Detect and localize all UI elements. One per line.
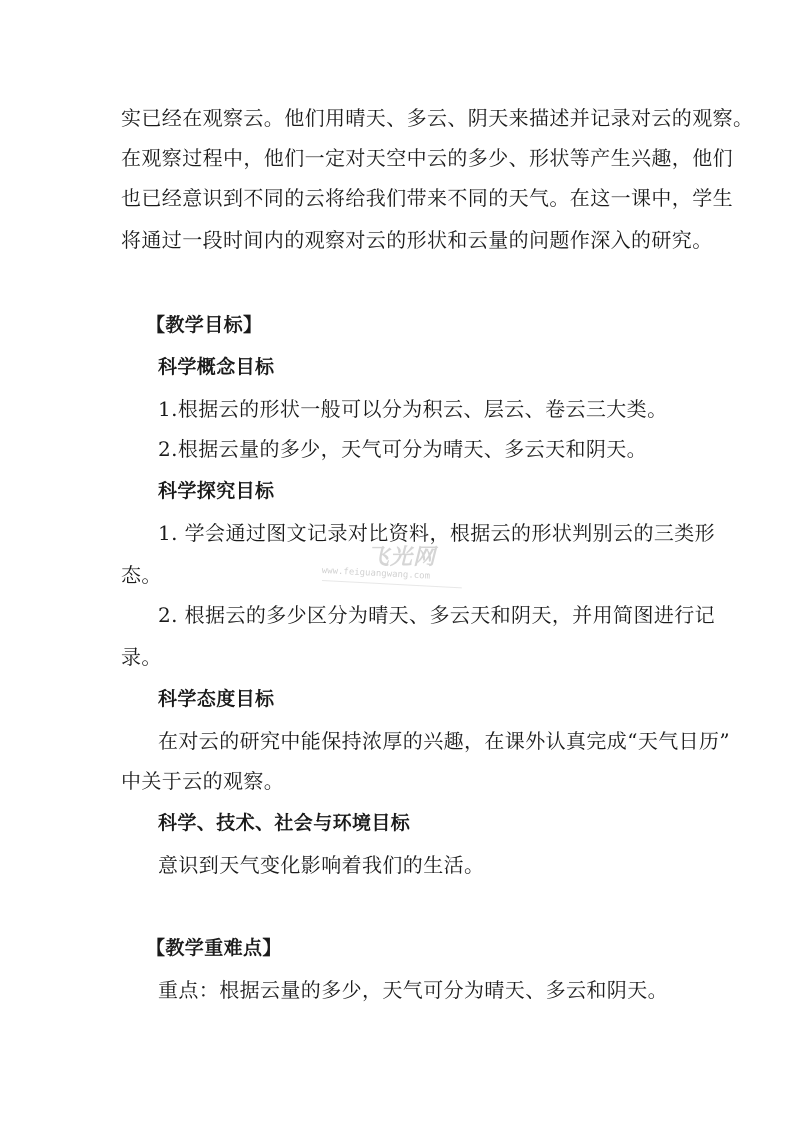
- document-page: 实已经在观察云。他们用晴天、多云、阴天来描述并记录对云的观察。 在观察过程中，他…: [0, 0, 793, 1122]
- watermark: 飞光网 www.feiguangwang.com: [322, 540, 472, 590]
- key-points-heading: 【教学重难点】: [146, 936, 282, 960]
- inquiry-goal-1-line-2: 态。: [121, 563, 162, 587]
- attitude-goal-line-1: 在对云的研究中能保持浓厚的兴趣，在课外认真完成“天气日历”: [158, 729, 730, 753]
- concept-goal-2: 2.根据云量的多少，天气可分为晴天、多云天和阴天。: [158, 437, 647, 461]
- teaching-goals-heading: 【教学目标】: [146, 313, 262, 337]
- intro-line-4: 将通过一段时间内的观察对云的形状和云量的问题作深入的研究。: [121, 228, 713, 252]
- key-point-focus: 重点：根据云量的多少，天气可分为晴天、多云和阴天。: [158, 978, 668, 1002]
- intro-line-3: 也已经意识到不同的云将给我们带来不同的天气。在这一课中，学生: [121, 186, 733, 210]
- concept-goal-1: 1.根据云的形状一般可以分为积云、层云、卷云三大类。: [158, 397, 667, 421]
- attitude-goals-title: 科学态度目标: [158, 687, 274, 711]
- sts-goals-title: 科学、技术、社会与环境目标: [158, 811, 410, 835]
- intro-line-2: 在观察过程中，他们一定对天空中云的多少、形状等产生兴趣，他们: [121, 146, 733, 170]
- concept-goals-title: 科学概念目标: [158, 355, 274, 379]
- watermark-underline: [322, 580, 462, 588]
- inquiry-goal-2-line-2: 录。: [121, 645, 162, 669]
- watermark-url: www.feiguangwang.com: [321, 566, 430, 582]
- intro-line-1: 实已经在观察云。他们用晴天、多云、阴天来描述并记录对云的观察。: [121, 106, 753, 130]
- inquiry-goals-title: 科学探究目标: [158, 479, 274, 503]
- inquiry-goal-2-line-1: 2. 根据云的多少区分为晴天、多云天和阴天，并用简图进行记: [158, 603, 715, 627]
- inquiry-goal-1-line-1: 1. 学会通过图文记录对比资料，根据云的形状判别云的三类形: [158, 521, 715, 545]
- sts-goal-text: 意识到天气变化影响着我们的生活。: [158, 853, 484, 877]
- attitude-goal-line-2: 中关于云的观察。: [121, 769, 284, 793]
